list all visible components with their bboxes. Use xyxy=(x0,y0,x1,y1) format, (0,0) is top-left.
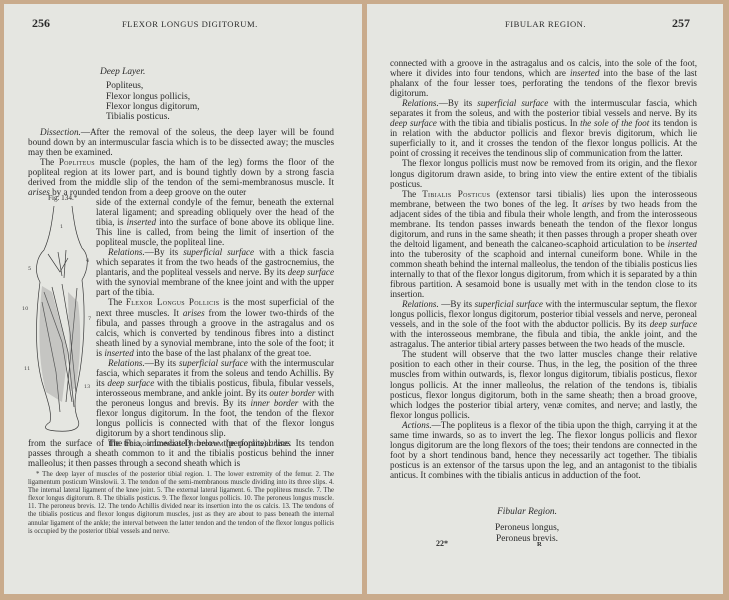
svg-text:11: 11 xyxy=(24,366,30,372)
running-head: FIBULAR REGION. xyxy=(505,19,586,29)
paragraph-removal: The flexor longus pollicis must now be r… xyxy=(390,158,697,188)
svg-text:13: 13 xyxy=(84,384,90,390)
paragraph-relations-1: Relations.—By its superficial surface wi… xyxy=(96,247,334,297)
signature-mark: 22* xyxy=(436,539,448,548)
right-page: FIBULAR REGION. 257 connected with a gro… xyxy=(367,4,723,594)
paragraph-relations-2: Relations.—By its superficial surface wi… xyxy=(96,358,334,438)
list-item: Peroneus brevis. xyxy=(495,534,559,544)
left-page: 256 FLEXOR LONGUS DIGITORUM. Deep Layer.… xyxy=(4,4,362,594)
page-number: 256 xyxy=(32,16,50,31)
svg-text:10: 10 xyxy=(22,306,28,312)
anatomical-figure: 154 10711 13 xyxy=(22,202,100,432)
paragraph-dissection: Dissection.—After the removal of the sol… xyxy=(28,127,334,157)
body-text-bottom: from the surface of the tibia, immediate… xyxy=(28,438,334,468)
list-item: Peroneus longus, xyxy=(495,523,559,533)
list-title: Deep Layer. xyxy=(100,67,194,77)
paragraph-actions: Actions.—The popliteus is a flexor of th… xyxy=(390,420,697,480)
figure-footnote: * The deep layer of muscles of the poste… xyxy=(28,471,334,536)
svg-text:1: 1 xyxy=(60,224,63,230)
svg-text:5: 5 xyxy=(28,266,31,272)
page-number: 257 xyxy=(672,16,690,31)
paragraph-tibialis-posticus: The Tibialis Posticus (extensor tarsi ti… xyxy=(390,189,697,300)
fibular-region-list: Fibular Region. Peroneus longus, Peroneu… xyxy=(495,507,559,544)
paragraph-popliteus: The Popliteus muscle (poples, the ham of… xyxy=(28,157,334,197)
body-text-beside-figure: side of the external condyle of the femu… xyxy=(96,197,334,448)
body-text: connected with a groove in the astragalu… xyxy=(390,58,697,480)
deep-layer-list: Deep Layer. Popliteus, Flexor longus pol… xyxy=(106,67,200,122)
svg-text:7: 7 xyxy=(88,316,91,322)
figure-label: Fig. 134.* xyxy=(48,194,77,202)
list-title: Fibular Region. xyxy=(495,507,559,517)
body-text-top: Dissection.—After the removal of the sol… xyxy=(28,127,334,197)
svg-text:4: 4 xyxy=(86,258,89,264)
paragraph-continuation: connected with a groove in the astragalu… xyxy=(390,58,697,98)
paragraph-relations-2: Relations. —By its superficial surface w… xyxy=(390,299,697,349)
signature-letter: R xyxy=(537,541,542,548)
paragraph-flexor-longus-pollicis: The Flexor Longus Pollicis is the most s… xyxy=(96,297,334,357)
paragraph-student-note: The student will observe that the two la… xyxy=(390,349,697,419)
running-head: FLEXOR LONGUS DIGITORUM. xyxy=(122,19,258,29)
leg-muscles-illustration-icon: 154 10711 13 xyxy=(22,202,100,432)
list-item: Popliteus, xyxy=(106,81,200,91)
list-item: Tibialis posticus. xyxy=(106,112,200,122)
paragraph-relations-1: Relations.—By its superficial surface wi… xyxy=(390,98,697,158)
list-item: Flexor longus pollicis, xyxy=(106,92,200,102)
list-item: Flexor longus digitorum, xyxy=(106,102,200,112)
